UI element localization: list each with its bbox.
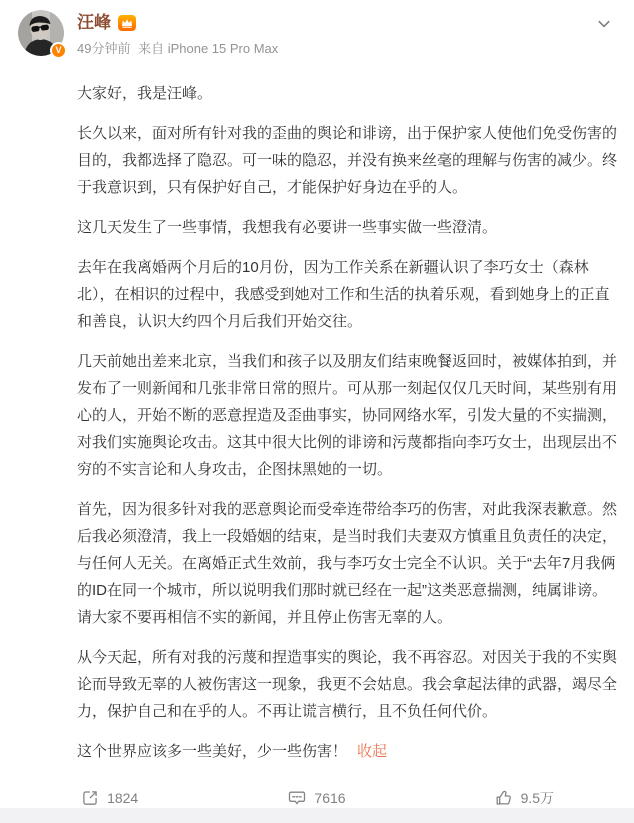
weibo-post-card: V 汪峰 49分钟前 来自 iPhone 15 Pro Max	[0, 0, 634, 808]
comment-icon	[288, 789, 306, 807]
repost-button[interactable]: 1824	[6, 789, 213, 807]
chevron-down-icon[interactable]	[592, 12, 616, 41]
vip-crown-icon[interactable]	[118, 15, 136, 31]
paragraph: 首先，因为很多针对我的恶意舆论而受牵连带给李巧的伤害，对此我深表歉意。然后我必须…	[77, 496, 617, 631]
paragraph: 这个世界应该多一些美好，少一些伤害！收起	[77, 738, 617, 765]
post-body: 大家好，我是汪峰。 长久以来，面对所有针对我的歪曲的舆论和诽谤，出于保护家人使他…	[0, 56, 634, 765]
paragraph: 大家好，我是汪峰。	[77, 80, 617, 107]
post-meta: 49分钟前 来自 iPhone 15 Pro Max	[77, 41, 592, 56]
action-bar: 1824 7616 9.5万	[0, 789, 634, 807]
user-info: 汪峰 49分钟前 来自 iPhone 15 Pro Max	[77, 10, 592, 56]
timestamp: 49分钟前	[77, 41, 130, 56]
paragraph: 这几天发生了一些事情，我想我有必要讲一些事实做一些澄清。	[77, 214, 617, 241]
comment-count: 7616	[314, 789, 345, 807]
like-icon	[495, 789, 513, 807]
paragraph: 从今天起，所有对我的污蔑和捏造事实的舆论，我不再容忍。对因关于我的不实舆论而导致…	[77, 644, 617, 725]
verified-v-badge: V	[50, 42, 67, 59]
repost-count: 1824	[107, 789, 138, 807]
avatar[interactable]: V	[18, 10, 64, 56]
paragraph: 几天前她出差来北京，当我们和孩子以及朋友们结束晚餐返回时，被媒体拍到，并发布了一…	[77, 348, 617, 483]
post-source[interactable]: 来自 iPhone 15 Pro Max	[138, 41, 278, 56]
comment-button[interactable]: 7616	[213, 789, 420, 807]
paragraph: 长久以来，面对所有针对我的歪曲的舆论和诽谤，出于保护家人使他们免受伤害的目的，我…	[77, 120, 617, 201]
like-count: 9.5万	[521, 789, 554, 807]
repost-icon	[81, 789, 99, 807]
username[interactable]: 汪峰	[77, 13, 111, 33]
paragraph: 去年在我离婚两个月后的10月份，因为工作关系在新疆认识了李巧女士（森林北），在相…	[77, 254, 617, 335]
post-header: V 汪峰 49分钟前 来自 iPhone 15 Pro Max	[0, 0, 634, 56]
closing-line: 这个世界应该多一些美好，少一些伤害！	[77, 743, 347, 760]
like-button[interactable]: 9.5万	[421, 789, 628, 807]
collapse-link[interactable]: 收起	[357, 743, 387, 760]
